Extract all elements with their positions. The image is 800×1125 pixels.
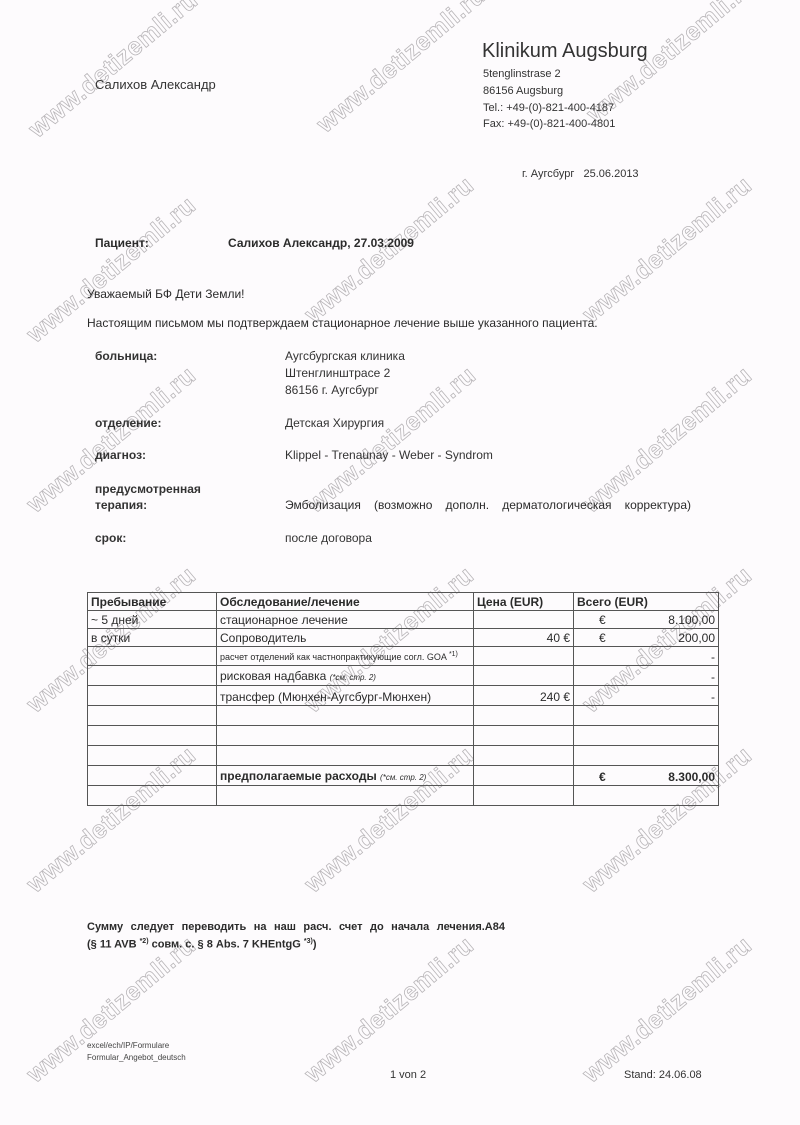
cell-price [474, 647, 574, 666]
watermark: www.detizemli.ru [311, 0, 491, 139]
diagnosis-label: диагноз: [95, 448, 146, 462]
cell-total: - [574, 686, 719, 706]
watermark: www.detizemli.ru [21, 931, 201, 1089]
cell-treatment: расчет отделений как частнопрактикующие … [217, 647, 474, 666]
clinic-name: Klinikum Augsburg [482, 40, 648, 63]
greeting: Уважаемый БФ Дети Земли! [87, 287, 245, 301]
estimated-label: предполагаемые расходы [220, 769, 377, 783]
table-row: трансфер (Мюнхен-Аугсбург-Мюнхен) 240 € … [88, 686, 719, 706]
header-price: Цена (EUR) [474, 593, 574, 611]
cell-stay [88, 686, 217, 706]
cell-stay: в сутки [88, 629, 217, 647]
table-row: в сутки Сопроводитель 40 € €200,00 [88, 629, 719, 647]
hospital-label: больница: [95, 349, 157, 363]
patient-label: Пациент: [95, 236, 149, 250]
hospital-line-2: Штенглинштрасе 2 [285, 366, 390, 380]
treatment-text: рисковая надбавка [220, 669, 326, 683]
therapy-value: Эмболизация (возможно дополн. дерматолог… [285, 498, 691, 512]
total-value: 200,00 [678, 631, 715, 646]
table-row: расчет отделений как частнопрактикующие … [88, 647, 719, 666]
diagnosis-value: Klippel - Trenaunay - Weber - Syndrom [285, 448, 493, 462]
cell-price [474, 666, 574, 686]
clinic-fax: Fax: +49-(0)-821-400-4801 [483, 118, 615, 130]
clinic-tel: Tel.: +49-(0)-821-400-4187 [483, 102, 614, 114]
total-value: - [711, 690, 715, 705]
footnote-ref: *3) [304, 938, 313, 945]
revision-stamp: Stand: 24.06.08 [624, 1069, 702, 1081]
table-header-row: Пребывание Обследование/лечение Цена (EU… [88, 593, 719, 611]
hospital-line-1: Аугсбургская клиника [285, 349, 405, 363]
place-date: г. Аугсбург 25.06.2013 [522, 168, 639, 180]
header-total: Всего (EUR) [574, 593, 719, 611]
footer-path-2: Formular_Angebot_deutsch [87, 1053, 186, 1062]
cell-treatment: трансфер (Мюнхен-Аугсбург-Мюнхен) [217, 686, 474, 706]
total-value: - [711, 650, 715, 665]
treatment-note: (*см. стр. 2) [330, 673, 376, 682]
cell-treatment: Сопроводитель [217, 629, 474, 647]
watermark: www.detizemli.ru [299, 931, 479, 1089]
watermark: www.detizemli.ru [577, 931, 757, 1089]
therapy-label-1: предусмотренная [95, 482, 201, 496]
cell-stay [88, 666, 217, 686]
total-value: 8.100,00 [668, 613, 715, 628]
term-value: после договора [285, 531, 372, 545]
clinic-street: 5tenglinstrase 2 [483, 68, 561, 80]
cell-treatment: стационарное лечение [217, 611, 474, 629]
legal-ref-part: ) [313, 939, 317, 951]
cost-table: Пребывание Обследование/лечение Цена (EU… [87, 592, 719, 806]
currency-symbol: € [577, 631, 606, 646]
footnote-ref: *1) [449, 651, 458, 658]
intro-text: Настоящим письмом мы подтверждаем стацио… [87, 316, 598, 330]
table-row-empty [88, 706, 719, 726]
department-label: отделение: [95, 416, 161, 430]
footer-path-1: excel/ech/IP/Formulare [87, 1041, 169, 1050]
watermark: www.detizemli.ru [577, 171, 757, 329]
cell-total: €200,00 [574, 629, 719, 647]
cell-price: 40 € [474, 629, 574, 647]
clinic-city: 86156 Augsburg [483, 85, 563, 97]
cell-treatment: рисковая надбавка (*см. стр. 2) [217, 666, 474, 686]
estimated-total-value: 8.300,00 [668, 770, 715, 785]
footnote-ref: *2) [140, 938, 149, 945]
table-row: рисковая надбавка (*см. стр. 2) - [88, 666, 719, 686]
estimated-total-row: предполагаемые расходы (*см. стр. 2) €8.… [88, 766, 719, 786]
cell-total: €8.100,00 [574, 611, 719, 629]
currency-symbol: € [577, 613, 606, 628]
header-treatment: Обследование/лечение [217, 593, 474, 611]
cell-stay [88, 647, 217, 666]
sender-name: Салихов Александр [95, 77, 216, 92]
cell-price [474, 611, 574, 629]
total-value: - [711, 670, 715, 685]
page-number: 1 von 2 [390, 1069, 426, 1081]
department-value: Детская Хирургия [285, 416, 384, 430]
cell-total: - [574, 647, 719, 666]
patient-value: Салихов Александр, 27.03.2009 [228, 236, 414, 250]
estimated-note: (*см. стр. 2) [380, 773, 426, 782]
table-row-empty [88, 746, 719, 766]
watermark: www.detizemli.ru [23, 0, 203, 144]
cell-price: 240 € [474, 686, 574, 706]
treatment-text: расчет отделений как частнопрактикующие … [220, 652, 446, 662]
cell-total: - [574, 666, 719, 686]
legal-ref-part: (§ 11 AVB [87, 939, 140, 951]
hospital-line-3: 86156 г. Аугсбург [285, 383, 379, 397]
header-stay: Пребывание [88, 593, 217, 611]
therapy-label-2: терапия: [95, 498, 147, 512]
estimated-label-cell: предполагаемые расходы (*см. стр. 2) [217, 766, 474, 786]
payment-legal-reference: (§ 11 AVB *2) совм. с. § 8 Abs. 7 KHEntg… [87, 938, 317, 951]
estimated-total-cell: €8.300,00 [574, 766, 719, 786]
currency-symbol: € [577, 770, 606, 785]
table-row-empty [88, 726, 719, 746]
watermark: www.detizemli.ru [577, 361, 757, 519]
legal-ref-part: совм. с. § 8 Abs. 7 KHEntgG [149, 939, 304, 951]
term-label: срок: [95, 531, 126, 545]
table-row: ~ 5 дней стационарное лечение €8.100,00 [88, 611, 719, 629]
cell-stay: ~ 5 дней [88, 611, 217, 629]
payment-instruction: Сумму следует переводить на наш расч. сч… [87, 921, 505, 933]
table-row-empty [88, 786, 719, 806]
